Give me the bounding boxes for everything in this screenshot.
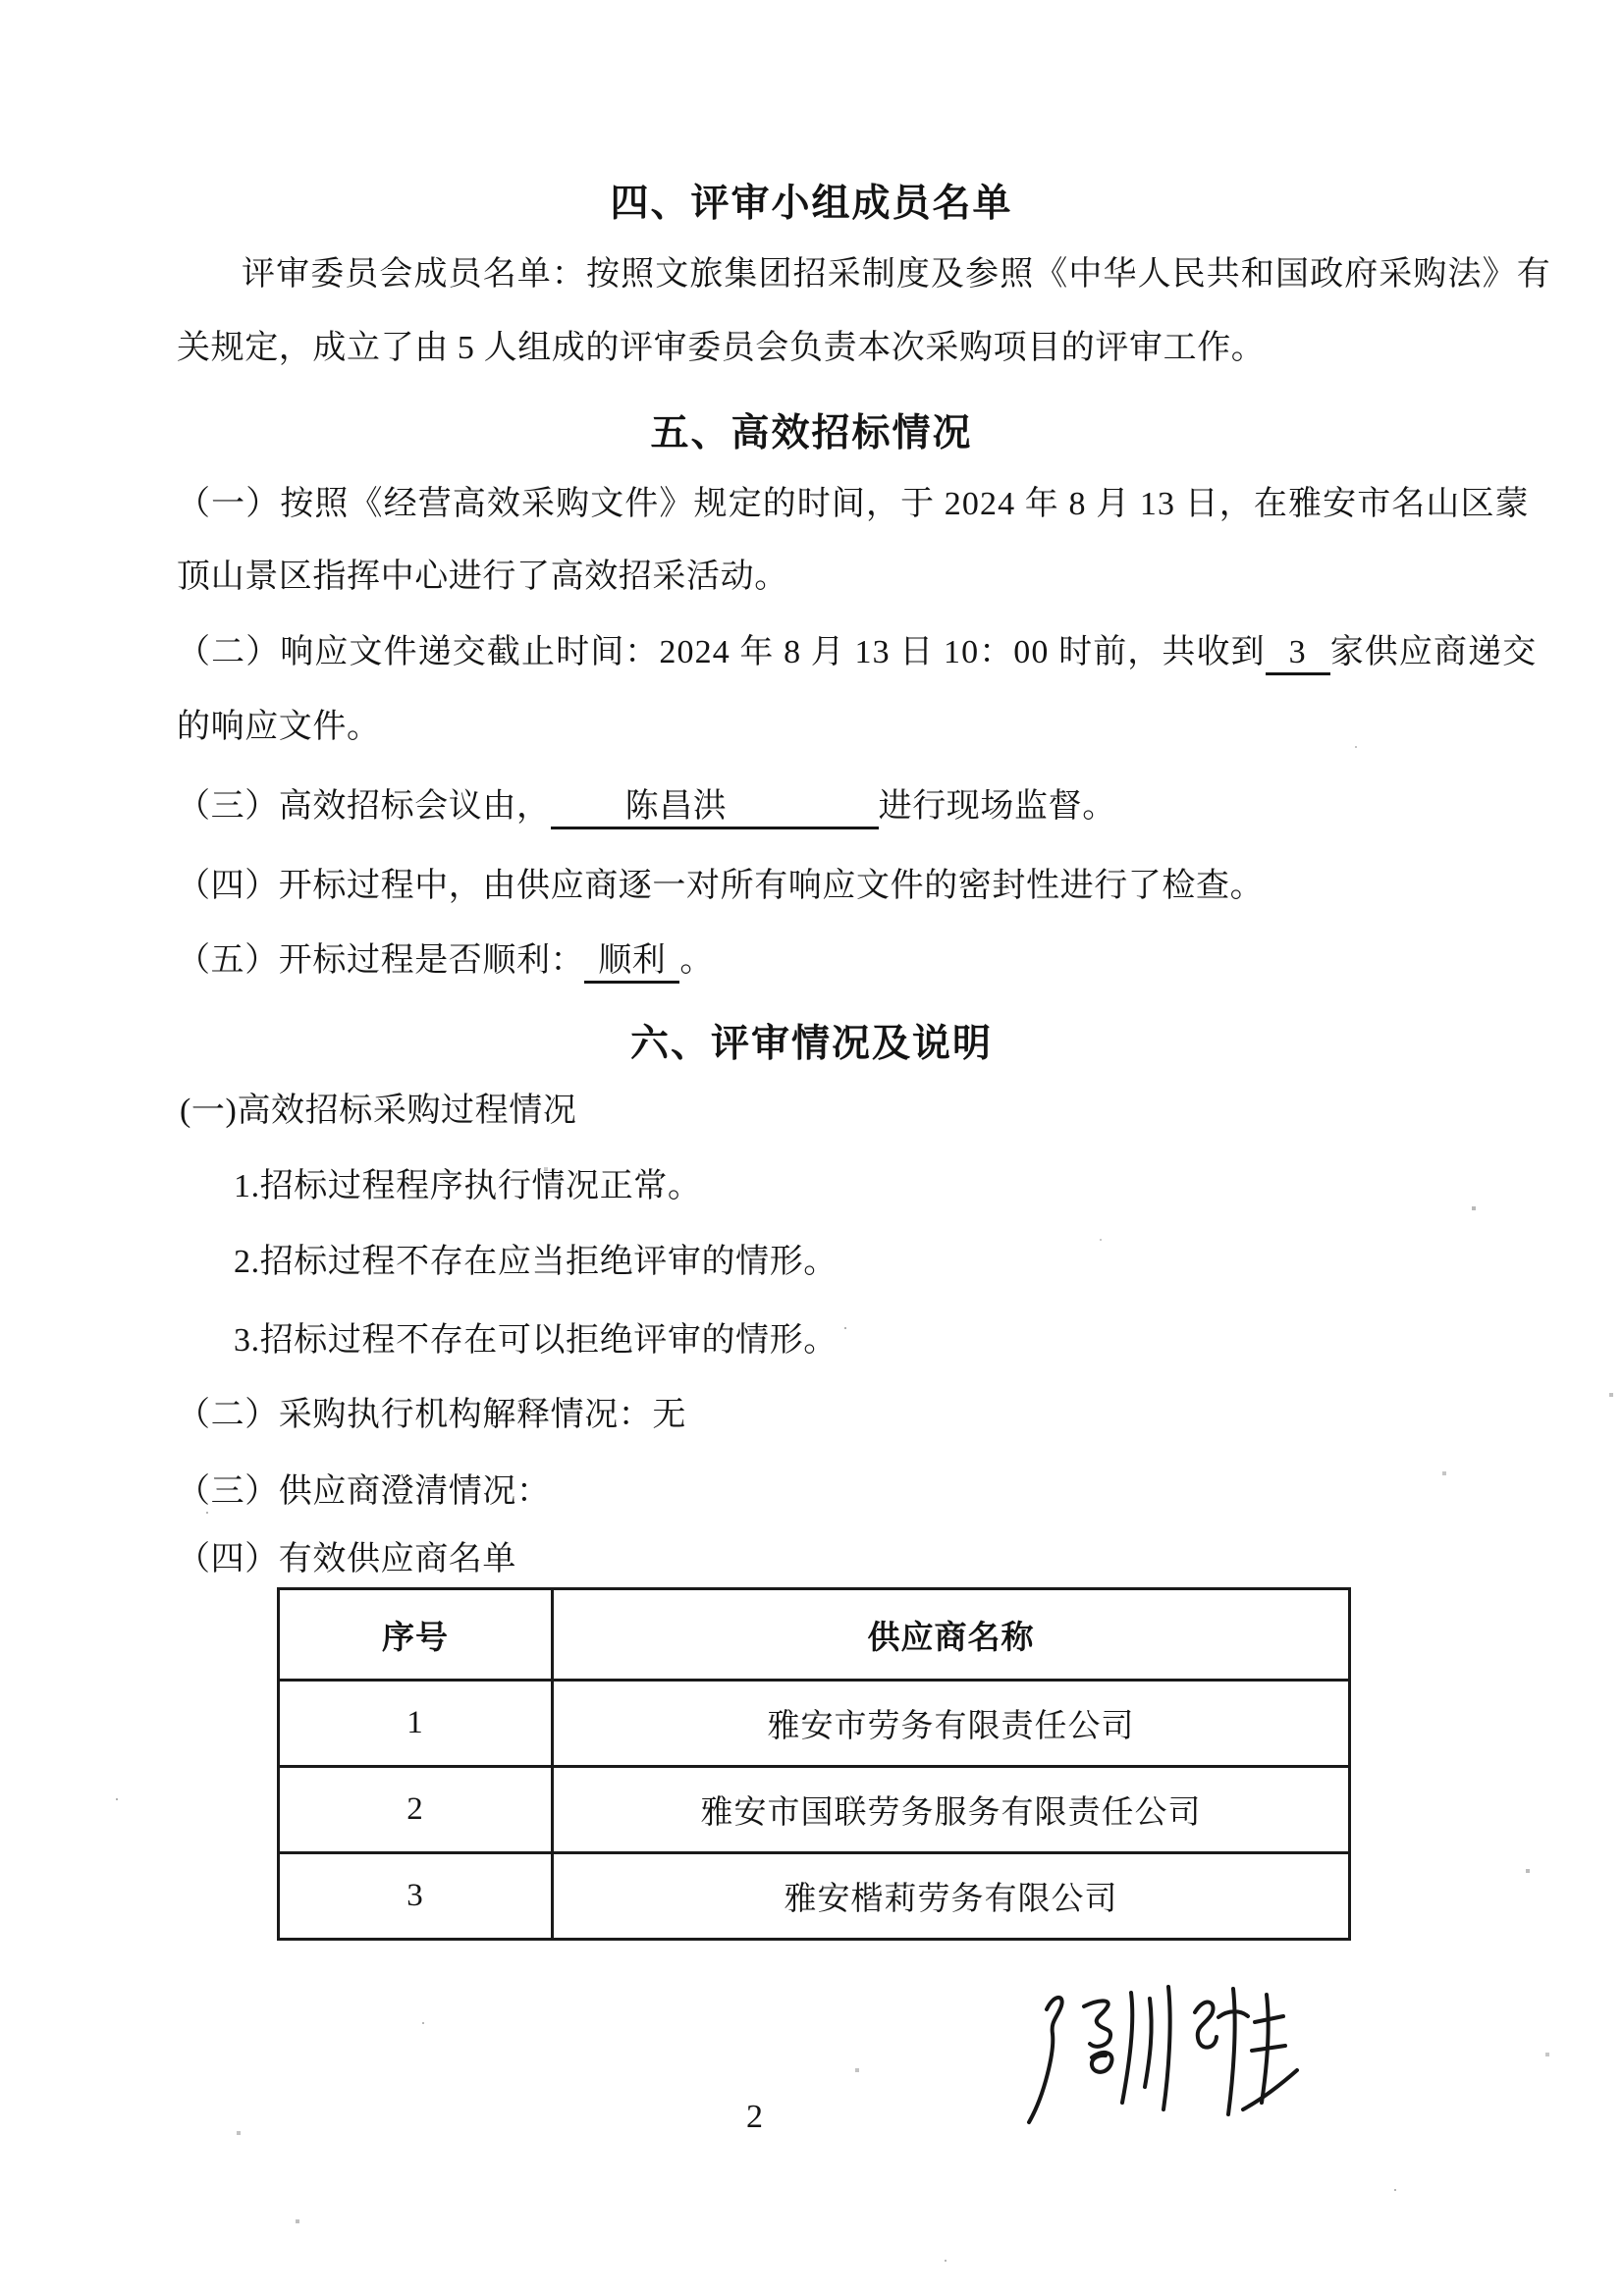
section-6-sub-item-3: 3.招标过程不存在可以拒绝评审的情形。: [234, 1319, 838, 1362]
section-4-paragraph-line-2: 关规定，成立了由 5 人组成的评审委员会负责本次采购项目的评审工作。: [177, 327, 1265, 370]
table-header-supplier-name: 供应商名称: [553, 1589, 1350, 1681]
scan-noise: [0, 0, 2, 2]
section-5-item-1-line-1: （一）按照《经营高效采购文件》规定的时间，于 2024 年 8 月 13 日，在…: [177, 483, 1530, 526]
section-5-item-1-line-2: 顶山景区指挥中心进行了高效招采活动。: [177, 556, 788, 599]
item-3-underlined-supervisor-name: 陈昌洪: [551, 787, 879, 829]
item-2-text-post: 家供应商递交: [1330, 634, 1538, 670]
row-serial-number: 1: [279, 1681, 553, 1767]
page-number: 2: [746, 2099, 763, 2136]
section-4-heading: 四、评审小组成员名单: [0, 173, 1623, 228]
row-serial-number: 2: [279, 1767, 553, 1853]
item-5-text-pre: （五）开标过程是否顺利：: [177, 942, 584, 979]
section-5-item-4-line: （四）开标过程中，由供应商逐一对所有响应文件的密封性进行了检查。: [177, 865, 1264, 908]
table-header-serial-number: 序号: [279, 1589, 553, 1681]
handwritten-signature: [1009, 1965, 1304, 2147]
row-supplier-name: 雅安楷莉劳务有限公司: [553, 1853, 1350, 1940]
row-supplier-name: 雅安市国联劳务服务有限责任公司: [553, 1767, 1350, 1853]
section-6-item-3-line: （三）供应商澄清情况：: [177, 1470, 551, 1514]
section-5-heading: 五、高效招标情况: [0, 402, 1623, 457]
scanned-document-page: 四、评审小组成员名单 评审委员会成员名单：按照文旅集团招采制度及参照《中华人民共…: [0, 0, 1623, 2296]
table-row: 2 雅安市国联劳务服务有限责任公司: [279, 1767, 1350, 1853]
section-4-paragraph-line-1: 评审委员会成员名单：按照文旅集团招采制度及参照《中华人民共和国政府采购法》有: [242, 253, 1551, 296]
item-5-text-post: 。: [679, 942, 714, 979]
table-row: 1 雅安市劳务有限责任公司: [279, 1681, 1350, 1767]
item-2-underlined-count: 3: [1266, 633, 1330, 675]
section-6-sub-item-1: 1.招标过程程序执行情况正常。: [234, 1165, 702, 1208]
item-3-text-pre: （三）高效招标会议由，: [177, 788, 551, 825]
section-5-item-5-line: （五）开标过程是否顺利：顺利。: [177, 939, 714, 984]
section-6-heading: 六、评审情况及说明: [0, 1013, 1623, 1068]
valid-supplier-table: 序号 供应商名称 1 雅安市劳务有限责任公司 2 雅安市国联劳务服务有限责任公司…: [277, 1587, 1351, 1941]
section-6-item-4-line: （四）有效供应商名单: [177, 1538, 516, 1581]
section-5-item-2-line-1: （二）响应文件递交截止时间：2024 年 8 月 13 日 10：00 时前，共…: [177, 631, 1537, 675]
item-5-underlined-answer: 顺利: [584, 941, 679, 984]
item-2-text-pre: （二）响应文件递交截止时间：2024 年 8 月 13 日 10：00 时前，共…: [177, 634, 1266, 670]
section-6-sub-item-2: 2.招标过程不存在应当拒绝评审的情形。: [234, 1241, 838, 1284]
item-3-text-post: 进行现场监督。: [879, 788, 1116, 825]
section-6-item-2-line: （二）采购执行机构解释情况：无: [177, 1394, 686, 1437]
section-5-item-3-line: （三）高效招标会议由，陈昌洪进行现场监督。: [177, 785, 1116, 829]
row-supplier-name: 雅安市劳务有限责任公司: [553, 1681, 1350, 1767]
row-serial-number: 3: [279, 1853, 553, 1940]
section-6-item-1-heading: (一)高效招标采购过程情况: [180, 1090, 576, 1133]
table-row: 3 雅安楷莉劳务有限公司: [279, 1853, 1350, 1940]
table-header-row: 序号 供应商名称: [279, 1589, 1350, 1681]
section-5-item-2-line-2: 的响应文件。: [177, 706, 381, 749]
